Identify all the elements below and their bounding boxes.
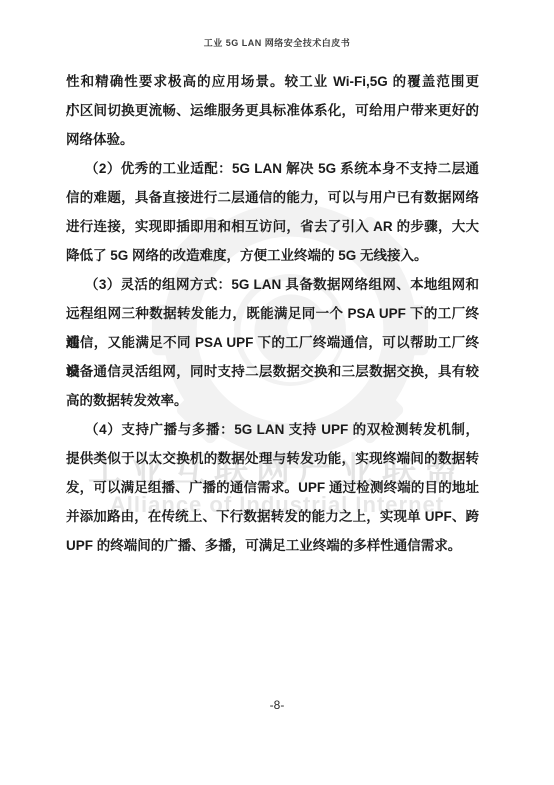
text-line: 高的数据转发效率。	[66, 386, 479, 415]
text-line: 发，可以满足组播、广播的通信需求。UPF 通过检测终端的目的地址	[66, 473, 479, 502]
text-line: （4）支持广播与多播：5G LAN 支持 UPF 的双检测转发机制，	[66, 415, 479, 444]
text-line: 并添加路由，在传统上、下行数据转发的能力之上，实现单 UPF、跨	[66, 502, 479, 531]
text-line: （2）优秀的工业适配：5G LAN 解决 5G 系统本身不支持二层通	[66, 154, 479, 183]
text-line: UPF 的终端间的广播、多播，可满足工业终端的多样性通信需求。	[66, 531, 479, 560]
text-line: 通信，又能满足不同 PSA UPF 下的工厂终端通信，可以帮助工厂终端	[66, 328, 479, 357]
text-line: 小区间切换更流畅、运维服务更具标准体系化，可给用户带来更好的	[66, 96, 479, 125]
text-line: 网络体验。	[66, 125, 479, 154]
text-line: （3）灵活的组网方式：5G LAN 具备数据网络组网、本地组网和	[66, 270, 479, 299]
document-page: 工业 5G LAN 网络安全技术白皮书 工业互	[0, 0, 554, 785]
document-header-title: 工业 5G LAN 网络安全技术白皮书	[0, 36, 554, 49]
page-number: -8-	[0, 698, 554, 712]
text-line: 设备通信灵活组网，同时支持二层数据交换和三层数据交换，具有较	[66, 357, 479, 386]
text-line: 远程组网三种数据转发能力，既能满足同一个 PSA UPF 下的工厂终端	[66, 299, 479, 328]
text-line: 信的难题，具备直接进行二层通信的能力，可以与用户已有数据网络	[66, 183, 479, 212]
text-line: 性和精确性要求极高的应用场景。较工业 Wi-Fi,5G 的覆盖范围更广、	[66, 67, 479, 96]
text-line: 降低了 5G 网络的改造难度，方便工业终端的 5G 无线接入。	[66, 241, 479, 270]
text-line: 进行连接，实现即插即用和相互访问，省去了引入 AR 的步骤，大大	[66, 212, 479, 241]
body-text: 性和精确性要求极高的应用场景。较工业 Wi-Fi,5G 的覆盖范围更广、小区间切…	[66, 67, 479, 560]
text-line: 提供类似于以太交换机的数据处理与转发功能，实现终端间的数据转	[66, 444, 479, 473]
